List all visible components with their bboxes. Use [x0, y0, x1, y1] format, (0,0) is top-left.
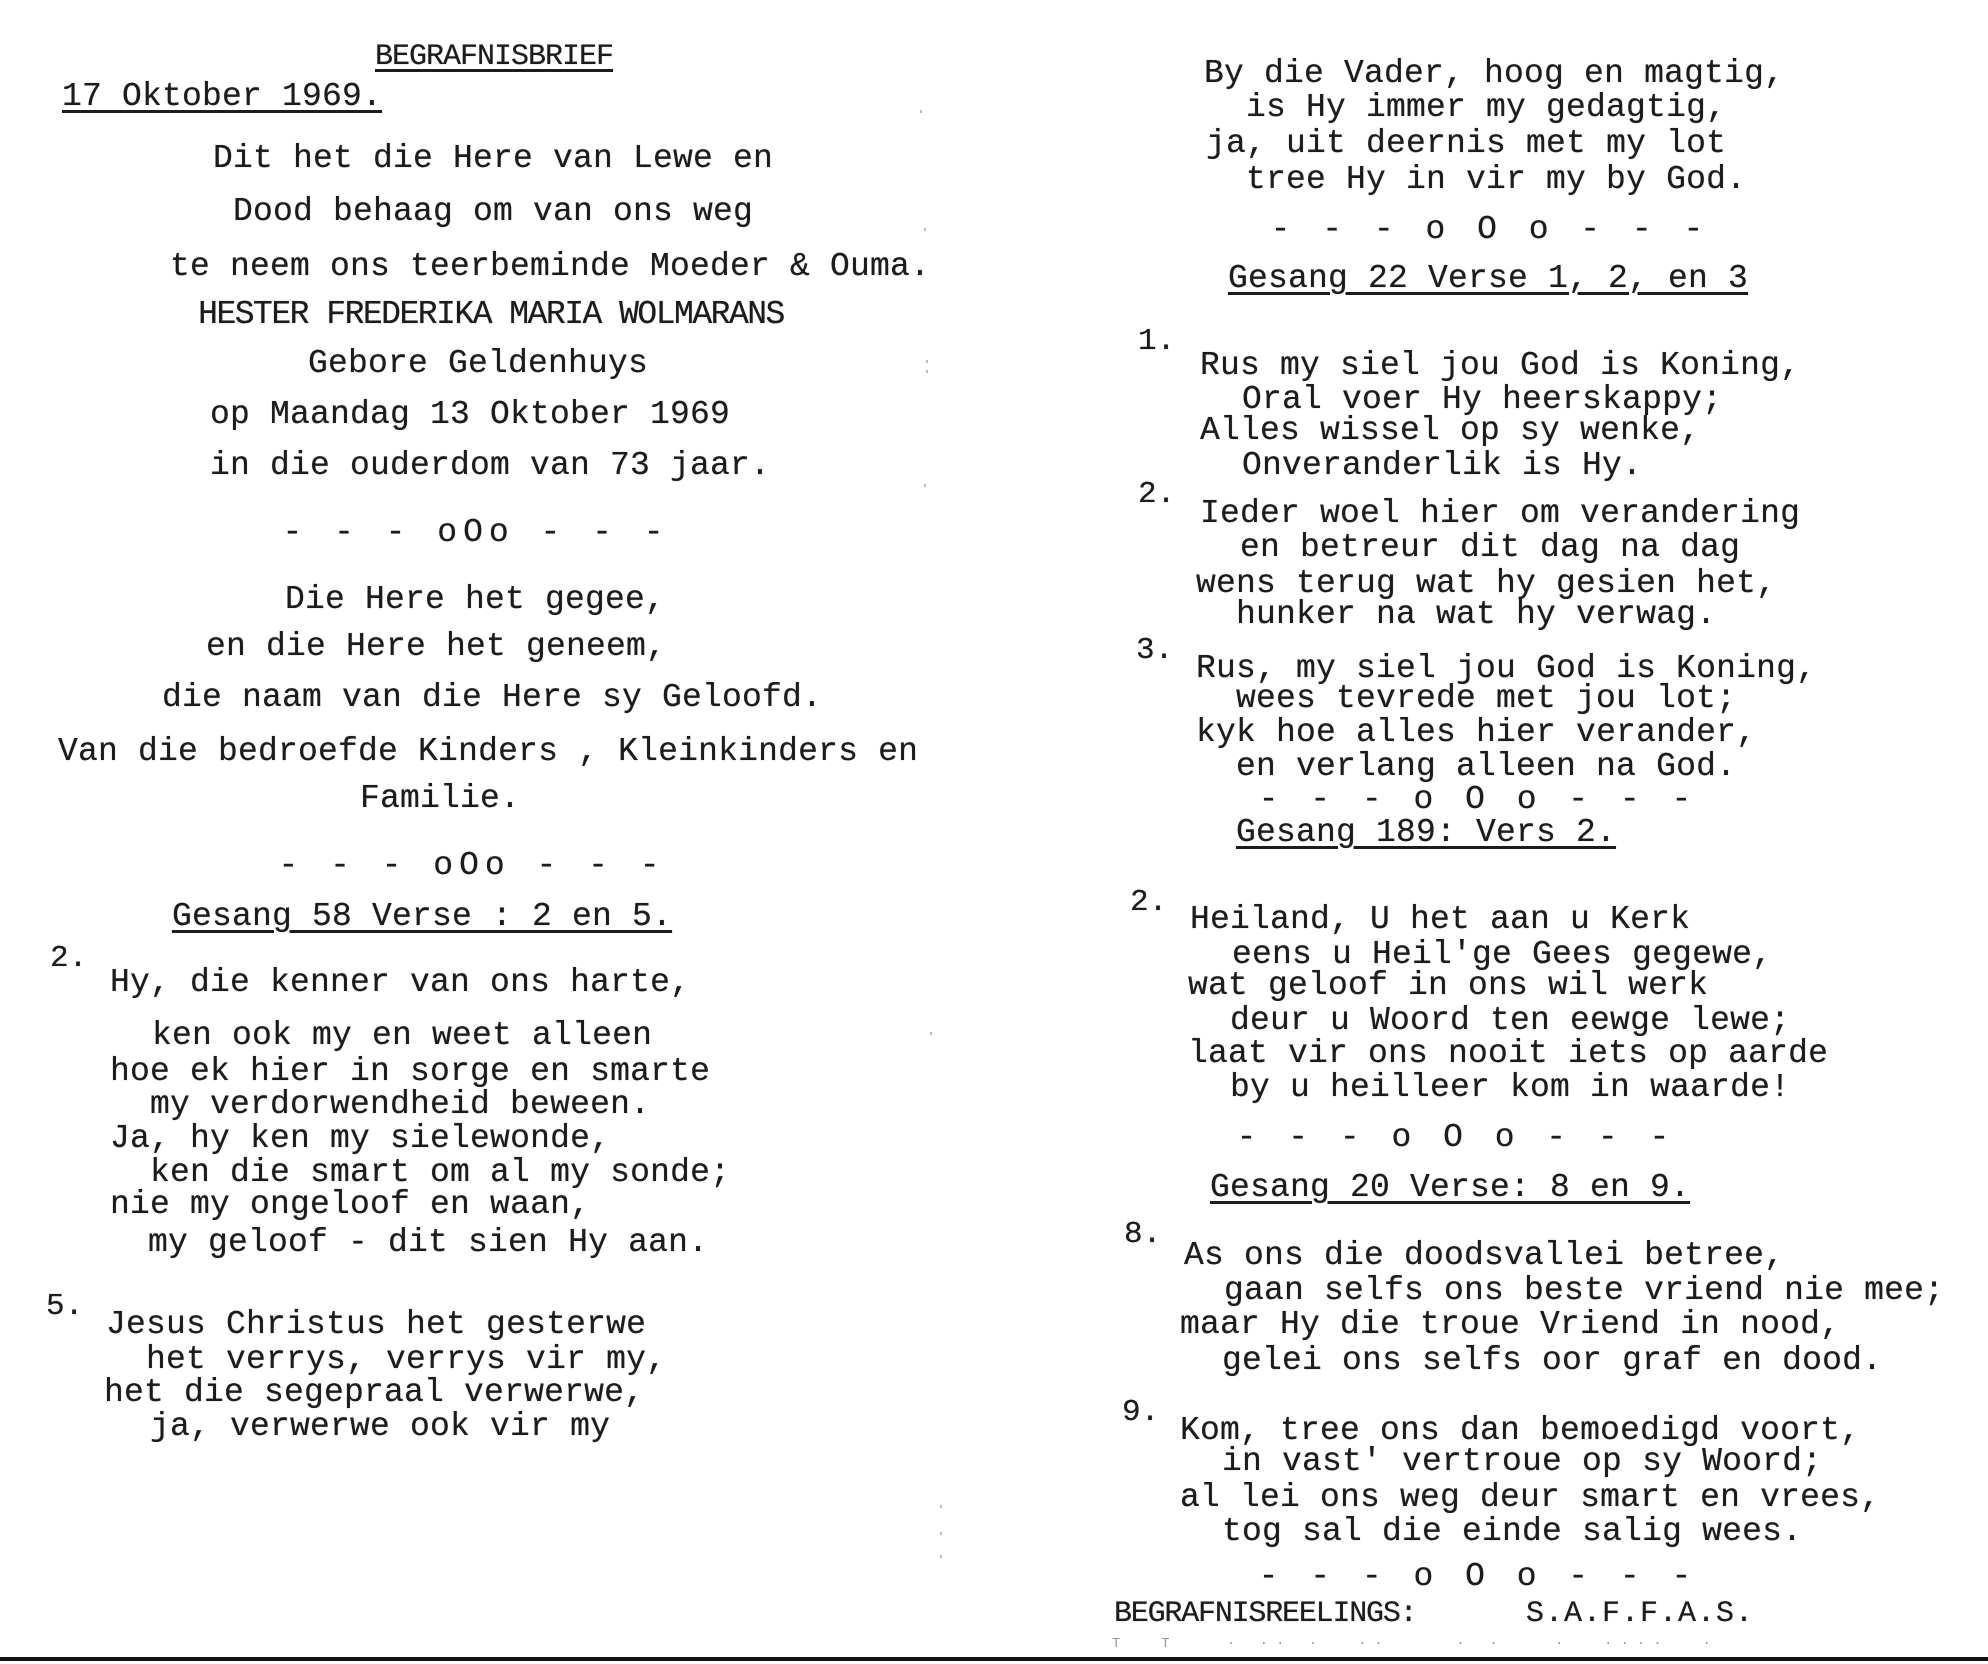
hymn-line: Jesus Christus het gesterwe — [106, 1308, 646, 1342]
hymn-line: gaan selfs ons beste vriend nie mee; — [1224, 1274, 1944, 1308]
hymn-line: laat vir ons nooit iets op aarde — [1188, 1037, 1828, 1071]
speck — [920, 110, 922, 113]
hymn-line: As ons die doodsvallei betree, — [1184, 1239, 1784, 1273]
speck — [940, 1505, 942, 1508]
hymn-line: Rus my siel jou God is Koning, — [1200, 349, 1800, 383]
hymn-line: my geloof - dit sien Hy aan. — [148, 1226, 708, 1260]
hymn-line: Ja, hy ken my sielewonde, — [110, 1122, 610, 1156]
hymn-heading: Gesang 22 Verse 1, 2, en 3 — [1228, 262, 1748, 296]
speck — [924, 484, 926, 487]
hymn-line: ken die smart om al my sonde; — [150, 1156, 730, 1190]
hymn-heading: Gesang 189: Vers 2. — [1236, 816, 1616, 850]
hymn-line: ja, uit deernis met my lot — [1206, 127, 1726, 161]
hymn-line: kyk hoe alles hier verander, — [1196, 716, 1756, 750]
hymn-line: hunker na wat hy verwag. — [1236, 598, 1716, 632]
date-of-death: op Maandag 13 Oktober 1969 — [210, 398, 730, 432]
separator: - - - o O o - - - — [1259, 1560, 1698, 1594]
hymn-line: gelei ons selfs oor graf en dood. — [1222, 1344, 1882, 1378]
scripture-line: Die Here het gegee, — [285, 583, 665, 617]
hymn-line: tree Hy in vir my by God. — [1246, 163, 1746, 197]
hymn-line: Onveranderlik is Hy. — [1242, 449, 1642, 483]
announcement-line: te neem ons teerbeminde Moeder & Ouma. — [170, 250, 930, 284]
funeral-arrangements-label: BEGRAFNISREELINGS: — [1114, 1597, 1416, 1631]
hymn-line: Heiland, U het aan u Kerk — [1190, 903, 1690, 937]
speck — [940, 1555, 942, 1558]
age-at-death: in die ouderdom van 73 jaar. — [210, 449, 770, 483]
separator: - - - o O o - - - — [1237, 1121, 1676, 1155]
hymn-line: hoe ek hier in sorge en smarte — [110, 1055, 710, 1089]
announcement-line: Dit het die Here van Lewe en — [213, 142, 773, 176]
hymn-line: ken ook my en weet alleen — [152, 1019, 652, 1053]
hymn-line: Ieder woel hier om verandering — [1200, 497, 1800, 531]
hymn-line: maar Hy die troue Vriend in nood, — [1180, 1308, 1840, 1342]
speck — [930, 1032, 932, 1035]
document-date: 17 Oktober 1969. — [62, 80, 382, 114]
hymn-line: en verlang alleen na God. — [1236, 750, 1736, 784]
hymn-line: ja, verwerwe ook vir my — [150, 1410, 610, 1444]
family-line: Familie. — [360, 782, 520, 816]
hymn-line: in vast' vertroue op sy Woord; — [1222, 1445, 1822, 1479]
speck — [926, 360, 928, 363]
speck — [926, 370, 928, 373]
separator: - - - o O o - - - — [1271, 213, 1710, 247]
scripture-line: en die Here het geneem, — [206, 630, 666, 664]
hymn-line: deur u Woord ten eewge lewe; — [1230, 1004, 1790, 1038]
funeral-letter-page: BEGRAFNISBRIEF 17 Oktober 1969. Dit het … — [0, 0, 1988, 1664]
hymn-heading: Gesang 20 Verse: 8 en 9. — [1210, 1171, 1690, 1205]
hymn-line: het die segepraal verwerwe, — [104, 1376, 644, 1410]
hymn-line: al lei ons weg deur smart en vrees, — [1180, 1481, 1880, 1515]
hymn-line: is Hy immer my gedagtig, — [1246, 91, 1726, 125]
hymn-line: wees tevrede met jou lot; — [1236, 682, 1736, 716]
hymn-line: Hy, die kenner van ons harte, — [110, 966, 690, 1000]
hymn-line: wat geloof in ons wil werk — [1188, 969, 1708, 1003]
verse-number: 1. — [1138, 325, 1176, 359]
hymn-line: tog sal die einde salig wees. — [1222, 1515, 1802, 1549]
scripture-line: die naam van die Here sy Geloofd. — [162, 681, 822, 715]
separator: - - - oOo - - - — [278, 849, 665, 883]
document-title: BEGRAFNISBRIEF — [375, 40, 613, 74]
verse-number: 3. — [1136, 634, 1174, 668]
hymn-line: nie my ongeloof en waan, — [110, 1188, 590, 1222]
verse-number: 2. — [50, 942, 88, 976]
page-bottom-edge — [0, 1657, 1988, 1661]
announcement-line: Dood behaag om van ons weg — [233, 195, 753, 229]
verse-number: 5. — [46, 1290, 84, 1324]
faint-marks: T T · ·· · ·· · · · ···· · — [1112, 1636, 1719, 1652]
verse-number: 2. — [1130, 886, 1168, 920]
hymn-line: het verrys, verrys vir my, — [146, 1343, 666, 1377]
verse-number: 9. — [1122, 1396, 1160, 1430]
separator: - - - oOo - - - — [282, 516, 669, 550]
hymn-line: en betreur dit dag na dag — [1240, 531, 1740, 565]
separator: - - - o O o - - - — [1259, 783, 1698, 817]
verse-number: 2. — [1138, 478, 1176, 512]
maiden-name: Gebore Geldenhuys — [308, 347, 648, 381]
hymn-line: my verdorwendheid beween. — [150, 1088, 650, 1122]
hymn-line: Alles wissel op sy wenke, — [1200, 414, 1700, 448]
verse-number: 8. — [1124, 1218, 1162, 1252]
speck — [924, 228, 926, 231]
speck — [940, 1532, 942, 1535]
hymn-line: by u heilleer kom in waarde! — [1230, 1071, 1790, 1105]
hymn-line: By die Vader, hoog en magtig, — [1204, 57, 1784, 91]
family-line: Van die bedroefde Kinders , Kleinkinders… — [58, 735, 918, 769]
funeral-arrangements-value: S.A.F.F.A.S. — [1526, 1597, 1754, 1631]
deceased-name: HESTER FREDERIKA MARIA WOLMARANS — [198, 298, 784, 332]
hymn-heading: Gesang 58 Verse : 2 en 5. — [172, 900, 672, 934]
